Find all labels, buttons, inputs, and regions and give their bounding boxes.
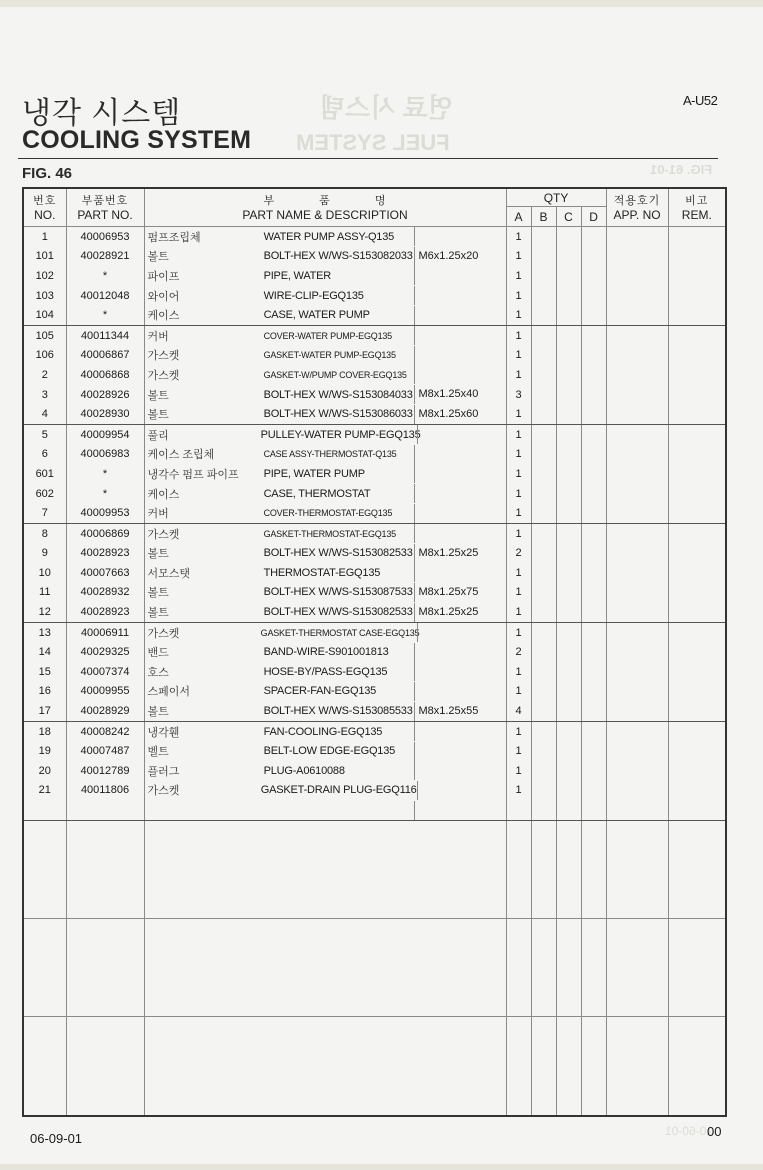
qty-d xyxy=(581,365,606,385)
qty-d xyxy=(581,325,606,345)
part-description: 플러그PLUG-A0610088 xyxy=(144,761,506,781)
remarks xyxy=(668,544,726,564)
app-no xyxy=(606,642,668,662)
col-header-qty-c: C xyxy=(556,207,581,227)
part-name-english: CASE, THERMOSTAT xyxy=(264,488,415,500)
remarks xyxy=(668,346,726,366)
part-spec: M6x1.25x20 xyxy=(414,247,505,266)
qty-a: 1 xyxy=(506,346,531,366)
qty-a: 3 xyxy=(506,385,531,405)
part-name-english: WATER PUMP ASSY-Q135 xyxy=(264,231,415,243)
part-name-english: BOLT-HEX W/WS-S153086033 xyxy=(264,408,415,420)
app-no xyxy=(606,563,668,583)
qty-b xyxy=(531,642,556,662)
table-row: 1240028923볼트BOLT-HEX W/WS-S153082533M8x1… xyxy=(23,602,726,622)
app-no xyxy=(606,445,668,465)
qty-a: 1 xyxy=(506,781,531,801)
qty-a: 1 xyxy=(506,741,531,761)
table-row: 740009953커버COVER-THERMOSTAT-EGQ1351 xyxy=(23,503,726,523)
part-name-english: THERMOSTAT-EGQ135 xyxy=(264,567,415,579)
qty-b xyxy=(531,701,556,721)
part-name-korean: 볼트 xyxy=(145,703,264,719)
remarks xyxy=(668,800,726,820)
qty-a: 1 xyxy=(506,721,531,741)
part-name-english: PLUG-A0610088 xyxy=(264,765,415,777)
table-row: 10640006867가스켓GASKET-WATER PUMP-EGQ1351 xyxy=(23,346,726,366)
part-name-korean: 볼트 xyxy=(145,584,264,600)
part-number: * xyxy=(66,464,144,484)
part-spec: M8x1.25x25 xyxy=(414,603,505,622)
part-spec xyxy=(417,425,506,444)
part-name-korean: 밴드 xyxy=(145,644,264,660)
app-no xyxy=(606,247,668,267)
item-no: 102 xyxy=(23,266,66,286)
remarks xyxy=(668,781,726,801)
qty-a: 1 xyxy=(506,523,531,543)
part-number: 40011806 xyxy=(66,781,144,801)
qty-d xyxy=(581,247,606,267)
qty-c xyxy=(556,385,581,405)
part-spec xyxy=(414,266,505,285)
qty-b xyxy=(531,227,556,247)
qty-b xyxy=(531,365,556,385)
part-name-korean: 가스켓 xyxy=(145,367,264,383)
qty-b xyxy=(531,325,556,345)
qty-d xyxy=(581,800,606,820)
item-no: 20 xyxy=(23,761,66,781)
remarks xyxy=(668,503,726,523)
scan-bottom-edge xyxy=(0,1164,763,1170)
part-name-korean: 케이스 xyxy=(145,486,264,502)
qty-d xyxy=(581,622,606,642)
qty-a: 1 xyxy=(506,503,531,523)
table-row: 240006868가스켓GASKET-W/PUMP COVER-EGQ1351 xyxy=(23,365,726,385)
item-no: 7 xyxy=(23,503,66,523)
part-name-english: GASKET-THERMOSTAT-EGQ135 xyxy=(264,529,415,539)
item-no: 105 xyxy=(23,325,66,345)
qty-b xyxy=(531,424,556,444)
row-group: 10540011344커버COVER-WATER PUMP-EGQ1351106… xyxy=(23,325,726,424)
remarks xyxy=(668,701,726,721)
part-spec xyxy=(417,781,506,800)
part-description: 냉각휀FAN-COOLING-EGQ135 xyxy=(144,721,506,741)
part-name-english: WIRE-CLIP-EGQ135 xyxy=(264,290,415,302)
item-no: 106 xyxy=(23,346,66,366)
table-row: 140006953펌프조립체WATER PUMP ASSY-Q1351 xyxy=(23,227,726,247)
qty-a: 1 xyxy=(506,662,531,682)
qty-c xyxy=(556,563,581,583)
table-row: 940028923볼트BOLT-HEX W/WS-S153082533M8x1.… xyxy=(23,544,726,564)
part-description: 파이프PIPE, WATER xyxy=(144,266,506,286)
part-spec xyxy=(414,801,505,820)
qty-b xyxy=(531,464,556,484)
part-description: 볼트BOLT-HEX W/WS-S153082033M6x1.25x20 xyxy=(144,247,506,267)
app-no xyxy=(606,800,668,820)
qty-c xyxy=(556,503,581,523)
qty-d xyxy=(581,227,606,247)
remarks xyxy=(668,761,726,781)
remarks xyxy=(668,445,726,465)
remarks xyxy=(668,484,726,504)
app-no xyxy=(606,583,668,603)
bleed-through-title-en: FUEL SYSTEM xyxy=(296,130,450,156)
table-row: 602*케이스CASE, THERMOSTAT1 xyxy=(23,484,726,504)
part-spec: M8x1.25x60 xyxy=(414,405,505,424)
part-number: 40028921 xyxy=(66,247,144,267)
col-header-remarks: 비고 REM. xyxy=(668,188,726,227)
col-header-qty: QTY xyxy=(506,188,606,207)
part-name-korean: 와이어 xyxy=(145,288,264,304)
part-name-english: PULLEY-WATER PUMP-EGQ135 xyxy=(261,429,417,441)
app-no xyxy=(606,305,668,325)
qty-a: 4 xyxy=(506,701,531,721)
qty-a: 1 xyxy=(506,682,531,702)
remarks xyxy=(668,741,726,761)
app-no xyxy=(606,622,668,642)
table-row: 1840008242냉각휀FAN-COOLING-EGQ1351 xyxy=(23,721,726,741)
item-no xyxy=(23,800,66,820)
app-no xyxy=(606,346,668,366)
row-group: 140006953펌프조립체WATER PUMP ASSY-Q135110140… xyxy=(23,227,726,326)
remarks xyxy=(668,523,726,543)
part-name-korean: 펌프조립체 xyxy=(145,229,264,245)
bleed-through-fig: FIG. 61-01 xyxy=(650,162,712,177)
remarks xyxy=(668,424,726,444)
part-name-korean: 커버 xyxy=(145,328,264,344)
app-no xyxy=(606,544,668,564)
qty-a: 1 xyxy=(506,325,531,345)
part-spec xyxy=(414,643,505,662)
part-spec xyxy=(414,445,505,464)
app-no xyxy=(606,781,668,801)
qty-d xyxy=(581,464,606,484)
part-name-english: BAND-WIRE-S901001813 xyxy=(264,646,415,658)
col-header-qty-d: D xyxy=(581,207,606,227)
part-name-english: PIPE, WATER PUMP xyxy=(264,468,415,480)
qty-d xyxy=(581,721,606,741)
part-description: 벨트BELT-LOW EDGE-EGQ135 xyxy=(144,741,506,761)
qty-c xyxy=(556,642,581,662)
qty-b xyxy=(531,286,556,306)
qty-d xyxy=(581,305,606,325)
qty-a: 1 xyxy=(506,484,531,504)
qty-d xyxy=(581,385,606,405)
part-name-korean: 냉각휀 xyxy=(145,724,264,740)
part-name-english: BOLT-HEX W/WS-S153084033 xyxy=(264,389,415,401)
part-name-english: BOLT-HEX W/WS-S153082033 xyxy=(264,250,415,262)
part-number: 40029325 xyxy=(66,642,144,662)
figure-number: FIG. 46 xyxy=(22,165,72,182)
qty-c xyxy=(556,325,581,345)
app-no xyxy=(606,523,668,543)
table-row: 2040012789플러그PLUG-A06100881 xyxy=(23,761,726,781)
remarks xyxy=(668,385,726,405)
qty-b xyxy=(531,761,556,781)
part-spec xyxy=(414,682,505,701)
part-description: 케이스 조립체CASE ASSY-THERMOSTAT-Q135 xyxy=(144,445,506,465)
item-no: 3 xyxy=(23,385,66,405)
item-no: 16 xyxy=(23,682,66,702)
part-name-english: HOSE-BY/PASS-EGQ135 xyxy=(264,666,415,678)
part-number: 40007374 xyxy=(66,662,144,682)
qty-d xyxy=(581,445,606,465)
qty-d xyxy=(581,781,606,801)
part-description: 스페이서SPACER-FAN-EGQ135 xyxy=(144,682,506,702)
qty-b xyxy=(531,404,556,424)
part-name-english: BOLT-HEX W/WS-S153082533 xyxy=(264,606,415,618)
item-no: 8 xyxy=(23,523,66,543)
part-spec: M8x1.25x40 xyxy=(414,385,505,404)
item-no: 2 xyxy=(23,365,66,385)
table-row: 2140011806가스켓GASKET-DRAIN PLUG-EGQ1161 xyxy=(23,781,726,801)
part-number: 40006868 xyxy=(66,365,144,385)
table-row: 440028930볼트BOLT-HEX W/WS-S153086033M8x1.… xyxy=(23,404,726,424)
qty-b xyxy=(531,305,556,325)
part-name-english: FAN-COOLING-EGQ135 xyxy=(264,726,415,738)
item-no: 11 xyxy=(23,583,66,603)
qty-a: 1 xyxy=(506,305,531,325)
remarks xyxy=(668,682,726,702)
part-number: 40006911 xyxy=(66,622,144,642)
remarks xyxy=(668,464,726,484)
qty-a: 1 xyxy=(506,563,531,583)
qty-d xyxy=(581,266,606,286)
part-name-english: COVER-WATER PUMP-EGQ135 xyxy=(264,331,415,341)
qty-b xyxy=(531,602,556,622)
part-description xyxy=(144,800,506,820)
qty-c xyxy=(556,305,581,325)
part-description: 밴드BAND-WIRE-S901001813 xyxy=(144,642,506,662)
part-name-english: GASKET-W/PUMP COVER-EGQ135 xyxy=(264,370,415,380)
part-spec xyxy=(414,742,505,761)
qty-b xyxy=(531,800,556,820)
item-no: 12 xyxy=(23,602,66,622)
qty-d xyxy=(581,761,606,781)
qty-a: 1 xyxy=(506,247,531,267)
table-row: 1040007663서모스탯THERMOSTAT-EGQ1351 xyxy=(23,563,726,583)
qty-c xyxy=(556,622,581,642)
remarks xyxy=(668,583,726,603)
part-number: 40007487 xyxy=(66,741,144,761)
table-row: 1440029325밴드BAND-WIRE-S9010018132 xyxy=(23,642,726,662)
qty-c xyxy=(556,404,581,424)
part-name-korean: 가스켓 xyxy=(145,625,261,641)
qty-b xyxy=(531,563,556,583)
qty-c xyxy=(556,800,581,820)
qty-d xyxy=(581,602,606,622)
qty-c xyxy=(556,781,581,801)
part-spec xyxy=(414,227,505,246)
part-number: * xyxy=(66,266,144,286)
qty-a: 1 xyxy=(506,424,531,444)
bleed-through-date: 10-60-01 xyxy=(665,1124,713,1138)
part-description: 볼트BOLT-HEX W/WS-S153082533M8x1.25x25 xyxy=(144,544,506,564)
part-description: 볼트BOLT-HEX W/WS-S153086033M8x1.25x60 xyxy=(144,404,506,424)
part-spec xyxy=(414,524,505,543)
part-name-korean: 케이스 조립체 xyxy=(145,446,264,462)
item-no: 101 xyxy=(23,247,66,267)
part-name-korean: 케이스 xyxy=(145,307,264,323)
qty-a: 1 xyxy=(506,583,531,603)
part-number: 40011344 xyxy=(66,325,144,345)
part-spec xyxy=(414,346,505,365)
qty-a: 1 xyxy=(506,404,531,424)
part-description: 가스켓GASKET-DRAIN PLUG-EGQ116 xyxy=(144,781,506,801)
app-no xyxy=(606,721,668,741)
table-row: 340028926볼트BOLT-HEX W/WS-S153084033M8x1.… xyxy=(23,385,726,405)
part-name-korean: 커버 xyxy=(145,505,264,521)
part-name-english: SPACER-FAN-EGQ135 xyxy=(264,685,415,697)
qty-c xyxy=(556,247,581,267)
part-name-english: GASKET-THERMOSTAT CASE-EGQ135 xyxy=(261,628,417,638)
qty-d xyxy=(581,583,606,603)
qty-a: 1 xyxy=(506,227,531,247)
part-number: 40009954 xyxy=(66,424,144,444)
part-spec xyxy=(414,662,505,681)
qty-d xyxy=(581,563,606,583)
item-no: 1 xyxy=(23,227,66,247)
table-row: 1940007487벨트BELT-LOW EDGE-EGQ1351 xyxy=(23,741,726,761)
qty-c xyxy=(556,544,581,564)
remarks xyxy=(668,602,726,622)
part-name-english: GASKET-WATER PUMP-EGQ135 xyxy=(264,350,415,360)
qty-c xyxy=(556,266,581,286)
remarks xyxy=(668,247,726,267)
row-group: 1340006911가스켓GASKET-THERMOSTAT CASE-EGQ1… xyxy=(23,622,726,721)
part-description: 가스켓GASKET-W/PUMP COVER-EGQ135 xyxy=(144,365,506,385)
part-spec xyxy=(414,286,505,305)
col-header-qty-b: B xyxy=(531,207,556,227)
qty-b xyxy=(531,266,556,286)
qty-c xyxy=(556,286,581,306)
qty-a: 2 xyxy=(506,642,531,662)
item-no: 6 xyxy=(23,445,66,465)
part-spec: M8x1.25x75 xyxy=(414,583,505,602)
part-description: 와이어WIRE-CLIP-EGQ135 xyxy=(144,286,506,306)
part-number: 40028932 xyxy=(66,583,144,603)
remarks xyxy=(668,325,726,345)
part-spec xyxy=(414,722,505,741)
part-name-english: BELT-LOW EDGE-EGQ135 xyxy=(264,745,415,757)
item-no: 104 xyxy=(23,305,66,325)
part-description: 볼트BOLT-HEX W/WS-S153087533M8x1.25x75 xyxy=(144,583,506,603)
row-group: 1840008242냉각휀FAN-COOLING-EGQ135119400074… xyxy=(23,721,726,820)
remarks xyxy=(668,227,726,247)
part-number: 40006983 xyxy=(66,445,144,465)
qty-a xyxy=(506,800,531,820)
table-row: 102*파이프PIPE, WATER1 xyxy=(23,266,726,286)
table-row: 540009954풀리PULLEY-WATER PUMP-EGQ1351 xyxy=(23,424,726,444)
row-group: 840006869가스켓GASKET-THERMOSTAT-EGQ1351940… xyxy=(23,523,726,622)
qty-d xyxy=(581,484,606,504)
page-code: A-U52 xyxy=(683,93,717,108)
item-no: 17 xyxy=(23,701,66,721)
part-spec xyxy=(414,326,505,345)
part-name-korean: 스페이서 xyxy=(145,683,264,699)
app-no xyxy=(606,365,668,385)
qty-c xyxy=(556,721,581,741)
app-no xyxy=(606,266,668,286)
part-spec xyxy=(414,464,505,483)
qty-c xyxy=(556,424,581,444)
qty-b xyxy=(531,346,556,366)
qty-d xyxy=(581,404,606,424)
app-no xyxy=(606,424,668,444)
qty-b xyxy=(531,682,556,702)
qty-a: 2 xyxy=(506,544,531,564)
app-no xyxy=(606,741,668,761)
part-description: 가스켓GASKET-THERMOSTAT-EGQ135 xyxy=(144,523,506,543)
qty-c xyxy=(556,365,581,385)
qty-c xyxy=(556,741,581,761)
item-no: 602 xyxy=(23,484,66,504)
part-number xyxy=(66,800,144,820)
qty-b xyxy=(531,662,556,682)
revision-date: 06-09-01 xyxy=(30,1131,82,1146)
part-name-korean: 가스켓 xyxy=(145,782,261,798)
part-description: 펌프조립체WATER PUMP ASSY-Q135 xyxy=(144,227,506,247)
part-description: 서모스탯THERMOSTAT-EGQ135 xyxy=(144,563,506,583)
app-no xyxy=(606,286,668,306)
part-name-korean: 가스켓 xyxy=(145,347,264,363)
title-divider xyxy=(18,158,718,159)
part-spec xyxy=(414,484,505,503)
app-no xyxy=(606,761,668,781)
part-spec: M8x1.25x55 xyxy=(414,702,505,721)
part-number: * xyxy=(66,484,144,504)
part-number: 40028923 xyxy=(66,602,144,622)
qty-b xyxy=(531,445,556,465)
remarks xyxy=(668,286,726,306)
part-number: 40009953 xyxy=(66,503,144,523)
part-number: 40012789 xyxy=(66,761,144,781)
qty-a: 1 xyxy=(506,464,531,484)
row-group: 540009954풀리PULLEY-WATER PUMP-EGQ13516400… xyxy=(23,424,726,523)
part-name-english: COVER-THERMOSTAT-EGQ135 xyxy=(264,508,415,518)
part-description: 가스켓GASKET-WATER PUMP-EGQ135 xyxy=(144,346,506,366)
table-row: 10140028921볼트BOLT-HEX W/WS-S153082033M6x… xyxy=(23,247,726,267)
part-name-korean: 가스켓 xyxy=(145,526,264,542)
remarks xyxy=(668,622,726,642)
part-description: 케이스CASE, THERMOSTAT xyxy=(144,484,506,504)
item-no: 14 xyxy=(23,642,66,662)
app-no xyxy=(606,701,668,721)
qty-c xyxy=(556,682,581,702)
part-number: 40006867 xyxy=(66,346,144,366)
qty-d xyxy=(581,424,606,444)
part-name-korean: 플러그 xyxy=(145,763,264,779)
part-name-english: BOLT-HEX W/WS-S153082533 xyxy=(264,547,415,559)
table-row xyxy=(23,800,726,820)
qty-c xyxy=(556,484,581,504)
part-name-korean: 파이프 xyxy=(145,268,264,284)
app-no xyxy=(606,404,668,424)
scan-top-edge xyxy=(0,0,763,7)
qty-d xyxy=(581,346,606,366)
remarks xyxy=(668,563,726,583)
app-no xyxy=(606,464,668,484)
part-name-korean: 벨트 xyxy=(145,743,264,759)
qty-b xyxy=(531,503,556,523)
table-row: 10340012048와이어WIRE-CLIP-EGQ1351 xyxy=(23,286,726,306)
part-description: 커버COVER-THERMOSTAT-EGQ135 xyxy=(144,503,506,523)
part-description: 풀리PULLEY-WATER PUMP-EGQ135 xyxy=(144,424,506,444)
app-no xyxy=(606,682,668,702)
qty-d xyxy=(581,682,606,702)
table-row: 1140028932볼트BOLT-HEX W/WS-S153087533M8x1… xyxy=(23,583,726,603)
qty-c xyxy=(556,445,581,465)
table-row: 1740028929볼트BOLT-HEX W/WS-S153085533M8x1… xyxy=(23,701,726,721)
